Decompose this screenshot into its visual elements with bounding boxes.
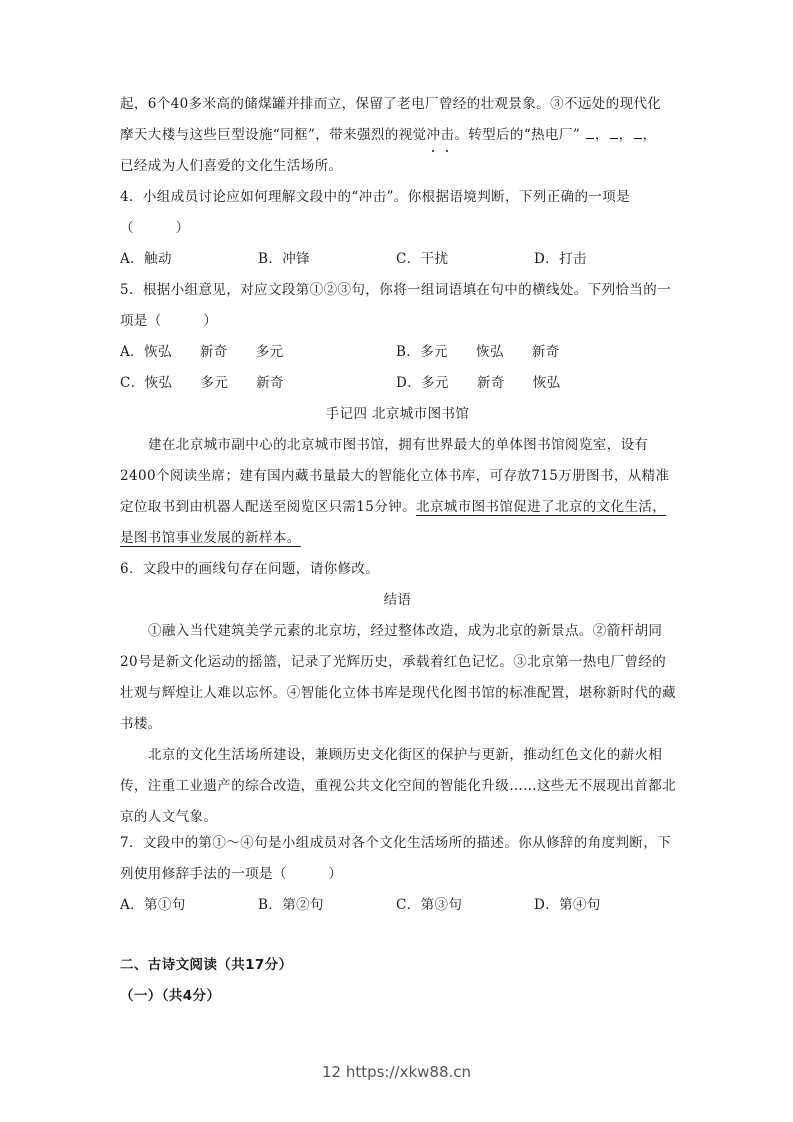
word: 恢弘 [476, 341, 504, 363]
option-a[interactable]: A．第①句 [120, 894, 258, 925]
section-title-note4: 手记四 北京城市图书馆 [120, 403, 675, 434]
word: 多元 [421, 372, 449, 394]
fill-blank-1[interactable] [586, 124, 594, 139]
passage-line: 是图书馆事业发展的新样本。 [120, 527, 675, 558]
page-number: 12 [322, 1063, 341, 1081]
option-b[interactable]: B．冲锋 [258, 248, 396, 279]
section-title-conclusion: 结语 [120, 589, 675, 620]
passage-line: 建在北京城市副中心的北京城市图书馆，拥有世界最大的单体图书馆阅览室，设有 [120, 434, 675, 465]
option-b[interactable]: B．第②句 [258, 894, 396, 925]
passage-line: 已经成为人们喜爱的文化生活场所。 [120, 155, 675, 186]
question-5-stem-cont[interactable]: 项是（ ） [120, 310, 675, 341]
question-7-stem-cont[interactable]: 列使用修辞手法的一项是（ ） [120, 863, 675, 894]
word: 新奇 [532, 341, 560, 363]
fill-blank-2[interactable] [610, 124, 618, 139]
question-7-stem: 7．文段中的第①～④句是小组成员对各个文化生活场所的描述。你从修辞的角度判断，下 [120, 832, 675, 863]
passage-line: 京的人文气象。 [120, 806, 675, 832]
passage-line: 北京的文化生活场所建设，兼顾历史文化街区的保护与更新，推动红色文化的薪火相 [120, 744, 675, 775]
question-6-stem: 6．文段中的画线句存在问题，请你修改。 [120, 558, 675, 589]
passage-line: 书楼。 [120, 713, 675, 744]
question-4-stem: 4．小组成员讨论应如何理解文段中的“冲击”。你根据语境判断，下列正确的一项是 [120, 186, 675, 217]
fill-blank-3[interactable] [634, 124, 642, 139]
word: 新奇 [256, 372, 284, 394]
word: 恢弘 [533, 372, 561, 394]
underlined-sentence: 是图书馆事业发展的新样本。 [120, 530, 301, 546]
word: 新奇 [200, 341, 228, 363]
question-5-options-row1: A．恢弘新奇多元 B．多元恢弘新奇 [120, 341, 675, 372]
passage-line: 起，6个40多米高的储煤罐并排而立，保留了老电厂曾经的壮观景象。③不远处的现代化 [120, 93, 675, 124]
option-d[interactable]: D．打击 [534, 248, 672, 279]
option-b[interactable]: B．多元恢弘新奇 [396, 341, 672, 372]
passage-line: 2400个阅读坐席；建有国内藏书量最大的智能化立体书库，可存放715万册图书，从… [120, 465, 675, 496]
word: 新奇 [477, 372, 505, 394]
question-5-stem: 5．根据小组意见，对应文段第①②③句，你将一组词语填在句中的横线处。下列恰当的一 [120, 279, 675, 310]
question-4-answer-paren[interactable]: （ ） [120, 217, 675, 248]
emphasis-dot-char: 冲 [427, 124, 441, 146]
document-page: 起，6个40多米高的储煤罐并排而立，保留了老电厂曾经的壮观景象。③不远处的现代化… [120, 93, 675, 1016]
underlined-sentence: 北京城市图书馆促进了北京的文化生活， [416, 499, 666, 515]
option-c[interactable]: C．恢弘多元新奇 [120, 372, 396, 403]
question-7-options: A．第①句 B．第②句 C．第③句 D．第④句 [120, 894, 675, 925]
option-d[interactable]: D．第④句 [534, 894, 672, 925]
passage-text: 定位取书到由机器人配送至阅览区只需15分钟。 [120, 499, 416, 515]
option-a[interactable]: A．触动 [120, 248, 258, 279]
word: 多元 [420, 341, 448, 363]
word: 多元 [200, 372, 228, 394]
passage-line: 壮观与辉煌让人难以忘怀。④智能化立体书库是现代化图书馆的标准配置，堪称新时代的藏 [120, 682, 675, 713]
option-label: B． [396, 344, 420, 360]
passage-text: 摩天大楼与这些巨型设施“同框”，带来强烈的视觉 [120, 127, 427, 143]
option-d[interactable]: D．多元新奇恢弘 [396, 372, 672, 403]
comma: ， [643, 127, 657, 143]
footer-site-link[interactable]: https://xkw88.cn [346, 1063, 471, 1081]
passage-line: ①融入当代建筑美学元素的北京坊，经过整体改造，成为北京的新景点。②箭杆胡同 [120, 620, 675, 651]
passage-line: 20号是新文化运动的摇篮，记录了光辉历史，承载着红色记忆。③北京第一热电厂曾经的 [120, 651, 675, 682]
option-c[interactable]: C．第③句 [396, 894, 534, 925]
comma: ， [595, 127, 609, 143]
word: 多元 [256, 341, 284, 363]
section-heading-classical-reading: 二、古诗文阅读（共17分） [120, 954, 675, 985]
comma: ， [619, 127, 633, 143]
passage-line: 定位取书到由机器人配送至阅览区只需15分钟。北京城市图书馆促进了北京的文化生活， [120, 496, 675, 527]
question-4-options: A．触动 B．冲锋 C．干扰 D．打击 [120, 248, 675, 279]
option-label: D． [396, 375, 421, 391]
subsection-heading: （一）（共4分） [120, 985, 675, 1016]
word: 恢弘 [145, 372, 173, 394]
word: 恢弘 [144, 341, 172, 363]
passage-line: 摩天大楼与这些巨型设施“同框”，带来强烈的视觉冲击。转型后的“热电厂” ，，， [120, 124, 675, 155]
emphasis-dot-char: 击 [440, 124, 454, 146]
option-label: C． [120, 375, 145, 391]
passage-text: 。转型后的“热电厂” [454, 127, 580, 143]
page-footer: 12 https://xkw88.cn [0, 1063, 793, 1081]
option-a[interactable]: A．恢弘新奇多元 [120, 341, 396, 372]
passage-line: 传，注重工业遗产的综合改造，重视公共文化空间的智能化升级……这些无不展现出首都北 [120, 775, 675, 806]
question-5-options-row2: C．恢弘多元新奇 D．多元新奇恢弘 [120, 372, 675, 403]
option-c[interactable]: C．干扰 [396, 248, 534, 279]
option-label: A． [120, 344, 144, 360]
